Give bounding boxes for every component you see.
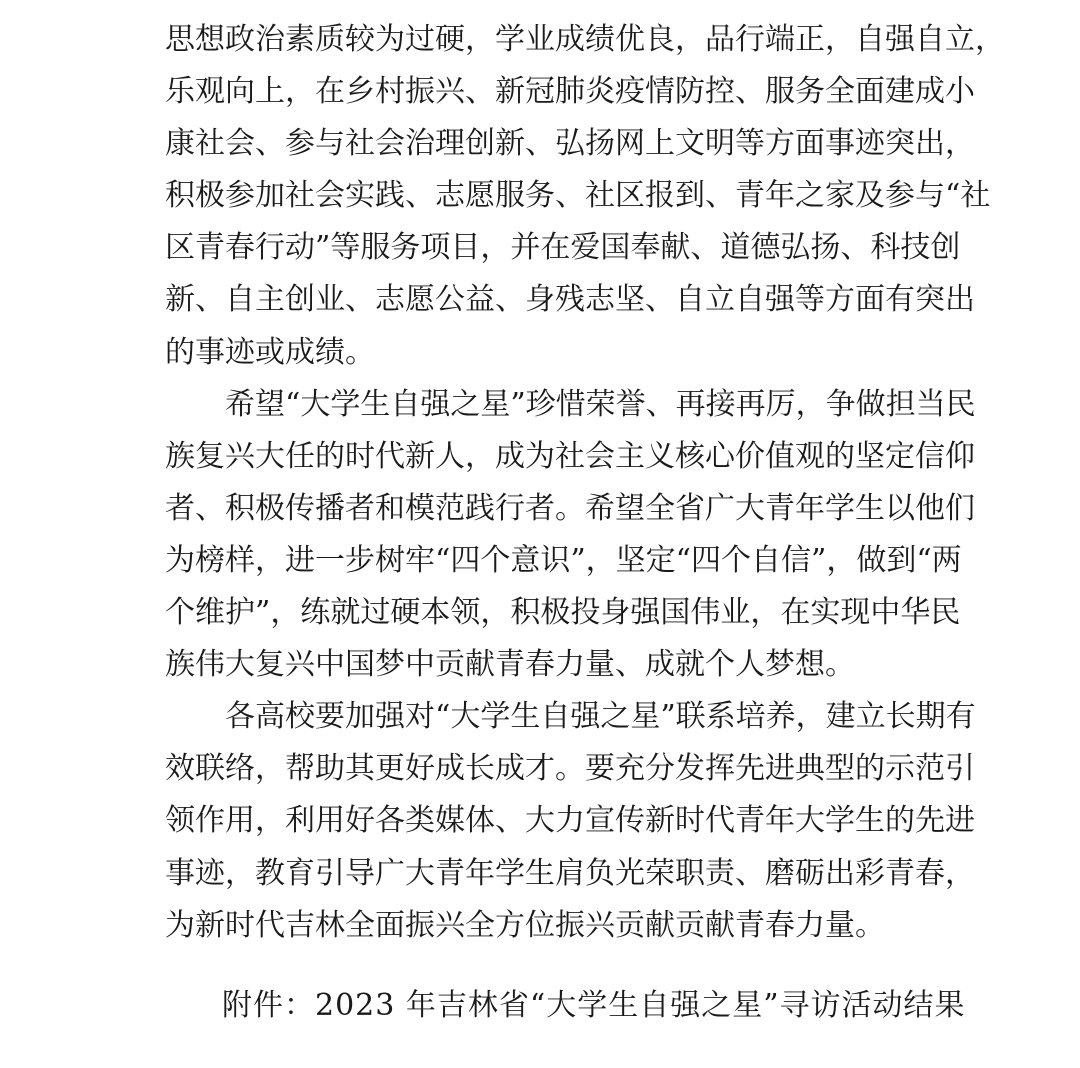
text-line: 的事迹或成绩。 (165, 327, 917, 379)
document-body: 思想政治素质较为过硬，学业成绩优良，品行端正，自强自立， 乐观向上，在乡村振兴、… (165, 14, 917, 952)
text-line: 事迹，教育引导广大青年学生肩负光荣职责、磨砺出彩青春， (165, 848, 917, 900)
text-line: 者、积极传播者和模范践行者。希望全省广大青年学生以他们 (165, 483, 917, 535)
text-line: 康社会、参与社会治理创新、弘扬网上文明等方面事迹突出， (165, 118, 917, 170)
text-line: 思想政治素质较为过硬，学业成绩优良，品行端正，自强自立， (165, 14, 917, 66)
text-line: 乐观向上，在乡村振兴、新冠肺炎疫情防控、服务全面建成小 (165, 66, 917, 118)
text-line: 族伟大复兴中国梦中贡献青春力量、成就个人梦想。 (165, 639, 917, 691)
text-line: 为榜样，进一步树牢“四个意识”，坚定“四个自信”，做到“两 (165, 535, 917, 587)
text-line: 各高校要加强对“大学生自强之星”联系培养，建立长期有 (165, 691, 917, 743)
text-line: 效联络，帮助其更好成长成才。要充分发挥先进典型的示范引 (165, 743, 917, 795)
text-line: 积极参加社会实践、志愿服务、社区报到、青年之家及参与“社 (165, 170, 917, 222)
text-line: 区青春行动”等服务项目，并在爱国奉献、道德弘扬、科技创 (165, 222, 917, 274)
text-line: 新、自主创业、志愿公益、身残志坚、自立自强等方面有突出 (165, 274, 917, 326)
text-line: 个维护”，练就过硬本领，积极投身强国伟业，在实现中华民 (165, 587, 917, 639)
attachment-note: 附件：2023 年吉林省“大学生自强之星”寻访活动结果 (222, 980, 966, 1032)
text-line: 族复兴大任的时代新人，成为社会主义核心价值观的坚定信仰 (165, 431, 917, 483)
text-line: 为新时代吉林全面振兴全方位振兴贡献贡献青春力量。 (165, 900, 917, 952)
text-line: 领作用，利用好各类媒体、大力宣传新时代青年大学生的先进 (165, 795, 917, 847)
text-line: 希望“大学生自强之星”珍惜荣誉、再接再厉，争做担当民 (165, 379, 917, 431)
